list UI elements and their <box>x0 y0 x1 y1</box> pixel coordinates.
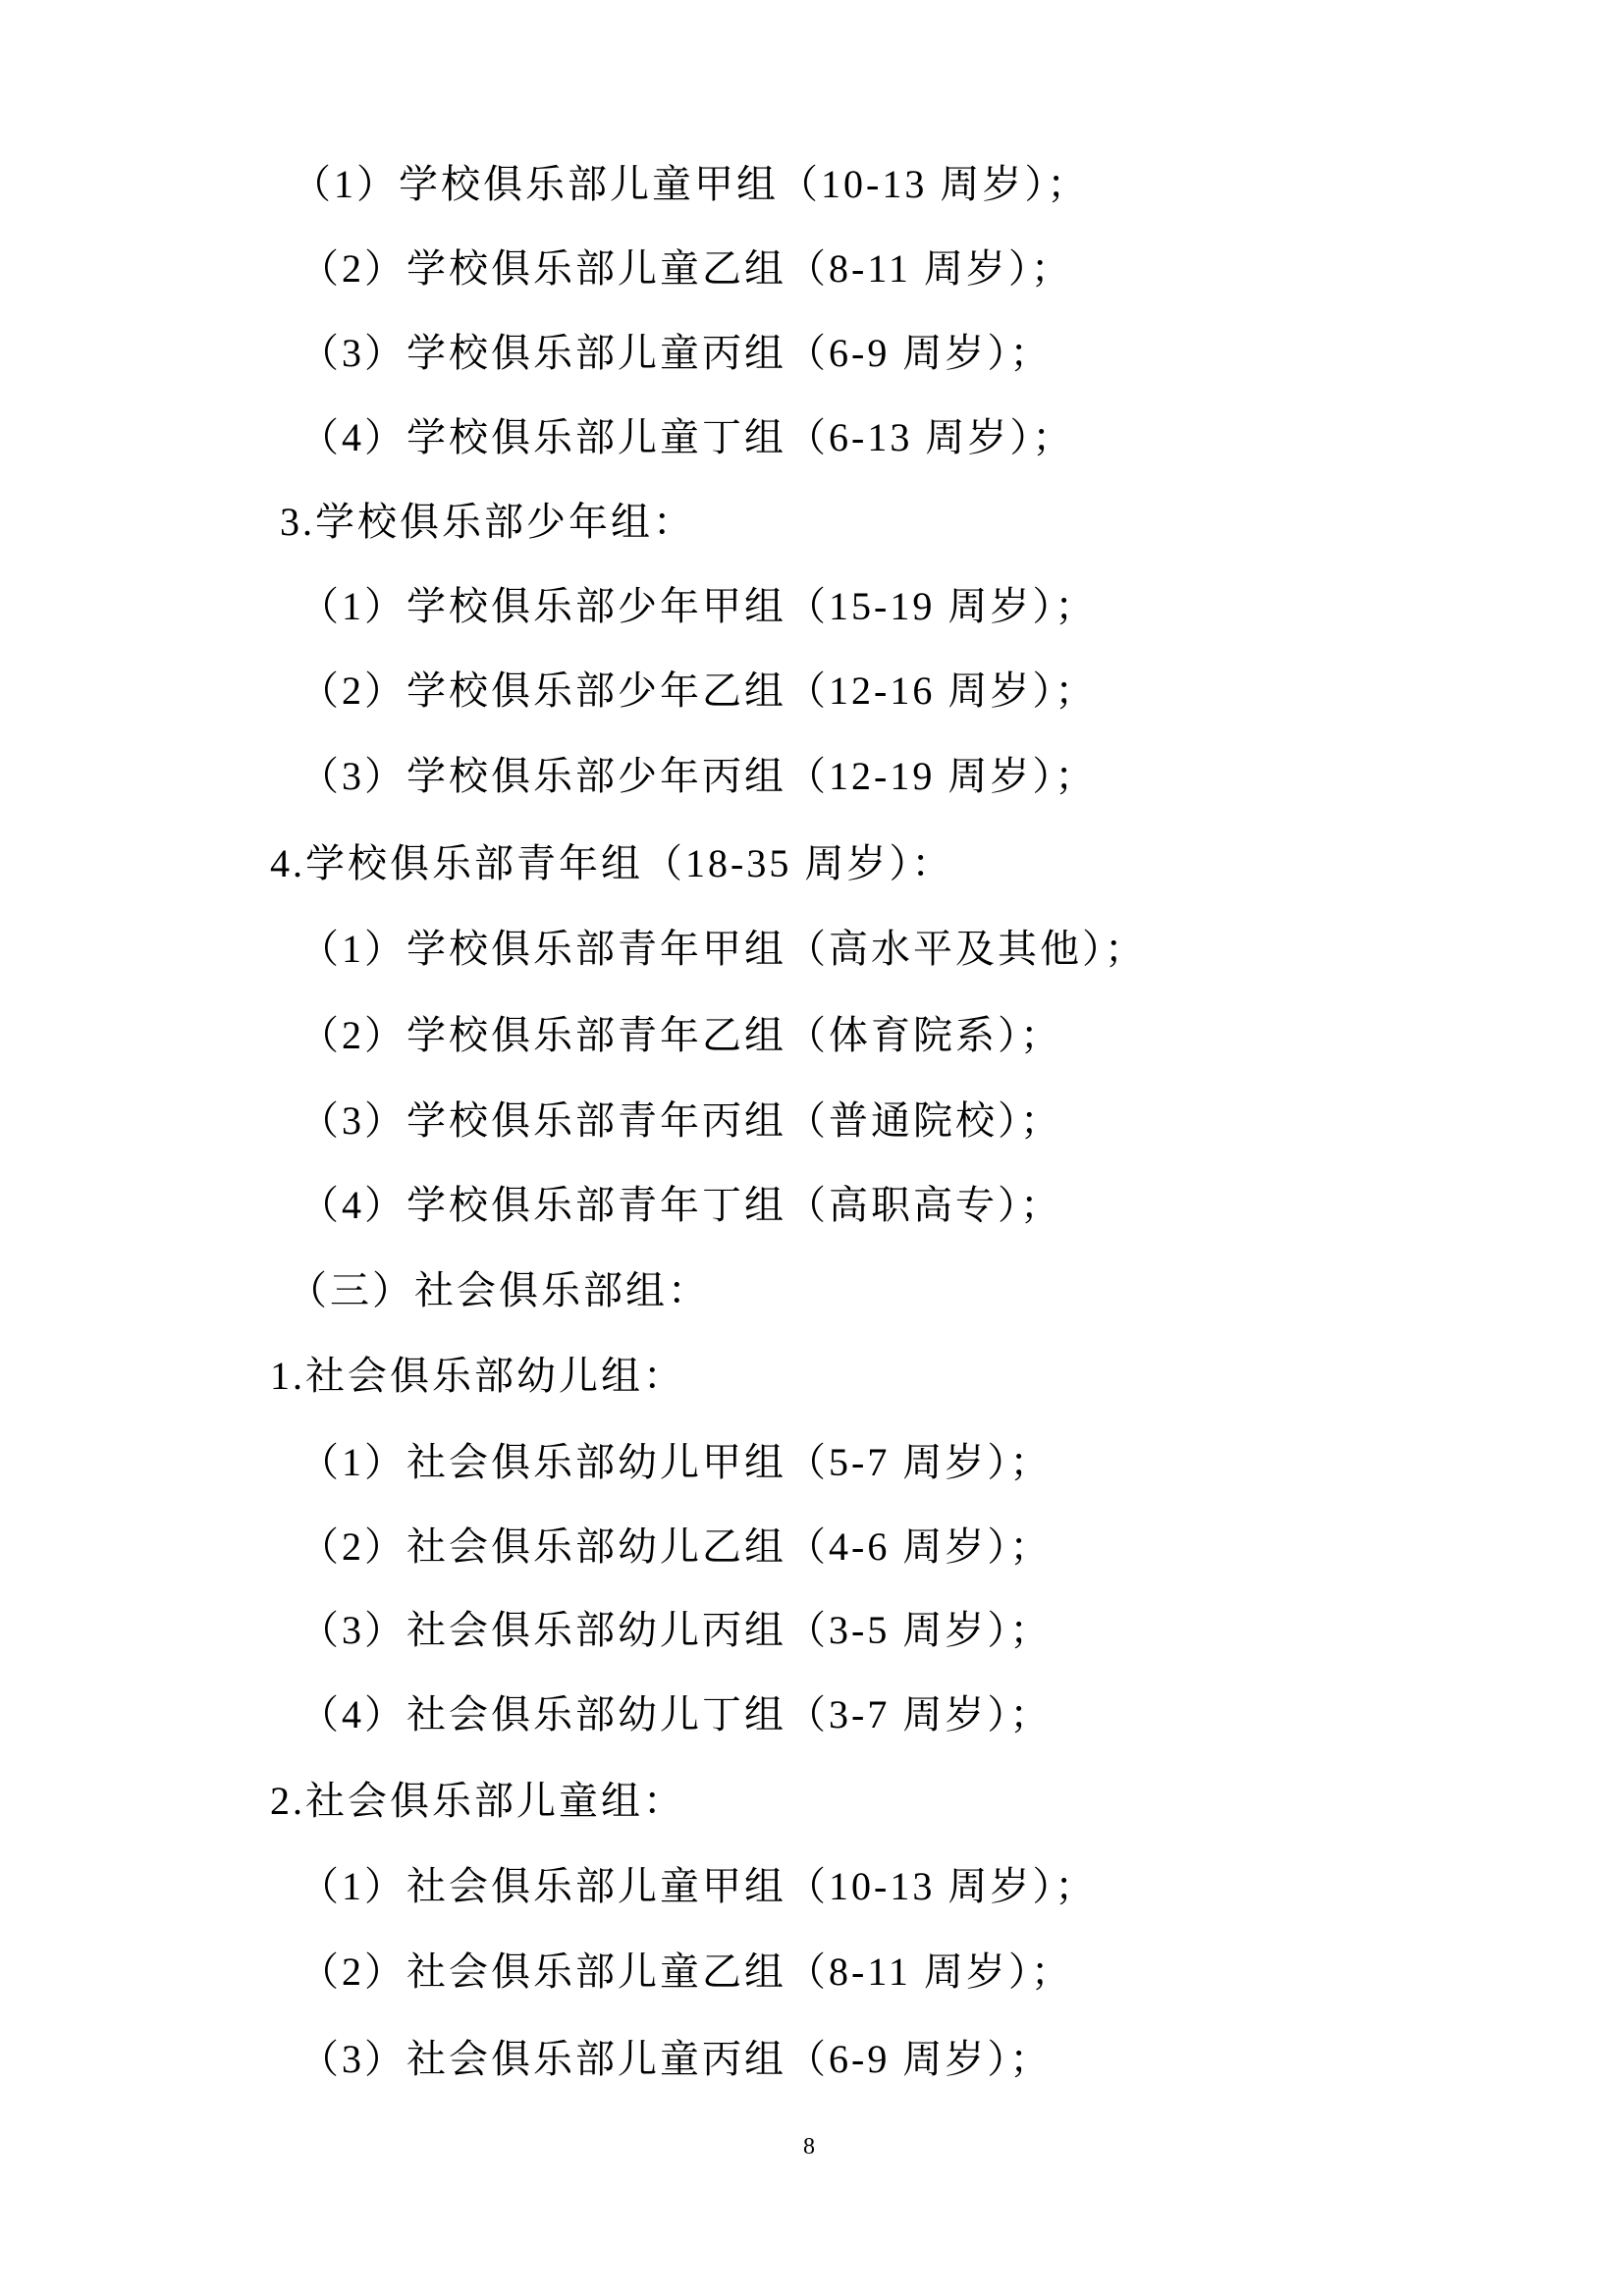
list-item-text: 社会俱乐部幼儿丙组（3-5 周岁）； <box>406 1607 1052 1654</box>
list-marker: 1. <box>270 1353 305 1400</box>
list-marker: （4） <box>299 1691 406 1738</box>
list-item: （2）学校俱乐部少年乙组（12-16 周岁）； <box>299 667 1097 715</box>
list-item-text: 学校俱乐部青年丙组（普通院校）； <box>406 1097 1062 1145</box>
list-item: （3）学校俱乐部青年丙组（普通院校）； <box>299 1097 1062 1145</box>
list-marker: （2） <box>299 1949 406 1996</box>
list-item: （1）社会俱乐部幼儿甲组（5-7 周岁）； <box>299 1439 1052 1486</box>
list-item-text: 学校俱乐部儿童丙组（6-9 周岁）； <box>406 330 1052 377</box>
list-item: （2）学校俱乐部儿童乙组（8-11 周岁）； <box>299 245 1073 293</box>
list-marker: （1） <box>299 1863 406 1910</box>
subsection-heading: 3.学校俱乐部少年组： <box>280 499 695 546</box>
list-item: （1）社会俱乐部儿童甲组（10-13 周岁）； <box>299 1863 1097 1910</box>
list-item: （1）学校俱乐部少年甲组（15-19 周岁）； <box>299 583 1097 630</box>
list-item: （3）学校俱乐部儿童丙组（6-9 周岁）； <box>299 330 1052 377</box>
list-marker: （2） <box>299 1012 406 1059</box>
list-item-text: 社会俱乐部幼儿丁组（3-7 周岁）； <box>406 1691 1052 1738</box>
list-item-text: 社会俱乐部儿童丙组（6-9 周岁）； <box>406 2036 1052 2083</box>
list-item-text: 学校俱乐部儿童丁组（6-13 周岁）； <box>406 414 1074 461</box>
list-item-text: 学校俱乐部青年甲组（高水平及其他）； <box>406 926 1147 973</box>
list-item-text: 社会俱乐部儿童甲组（10-13 周岁）； <box>406 1863 1097 1910</box>
list-item-text: 学校俱乐部儿童乙组（8-11 周岁）； <box>406 245 1073 293</box>
list-item: （4）学校俱乐部儿童丁组（6-13 周岁）； <box>299 414 1074 461</box>
list-item: （2）社会俱乐部儿童乙组（8-11 周岁）； <box>299 1949 1073 1996</box>
list-item-text: 学校俱乐部青年乙组（体育院系）； <box>406 1012 1062 1059</box>
list-item-text: 学校俱乐部少年丙组（12-19 周岁）； <box>406 753 1097 800</box>
page-number: 8 <box>803 2132 815 2162</box>
list-marker: （2） <box>299 1523 406 1571</box>
list-marker: （1） <box>299 583 406 630</box>
list-item-text: 学校俱乐部少年甲组（15-19 周岁）； <box>406 583 1097 630</box>
list-item: （3）社会俱乐部儿童丙组（6-9 周岁）； <box>299 2036 1052 2083</box>
list-item: （3）学校俱乐部少年丙组（12-19 周岁）； <box>299 753 1097 800</box>
list-marker: 3. <box>280 499 315 546</box>
subsection-heading: 2.社会俱乐部儿童组： <box>270 1778 685 1825</box>
list-item-text: 学校俱乐部青年组（18-35 周岁）： <box>305 840 953 887</box>
list-marker: （1） <box>299 926 406 973</box>
list-marker: （3） <box>299 1097 406 1145</box>
list-marker: （1） <box>292 161 399 208</box>
list-item: （4）学校俱乐部青年丁组（高职高专）； <box>299 1182 1062 1229</box>
list-item-text: 社会俱乐部幼儿乙组（4-6 周岁）； <box>406 1523 1052 1571</box>
list-item: （1）学校俱乐部青年甲组（高水平及其他）； <box>299 926 1147 973</box>
list-marker: （2） <box>299 667 406 715</box>
list-marker: （3） <box>299 2036 406 2083</box>
list-marker: （4） <box>299 1182 406 1229</box>
list-marker: 4. <box>270 840 305 887</box>
list-item-text: 学校俱乐部青年丁组（高职高专）； <box>406 1182 1062 1229</box>
list-item-text: 社会俱乐部儿童乙组（8-11 周岁）； <box>406 1949 1073 1996</box>
list-marker: （1） <box>299 1439 406 1486</box>
list-item-text: 社会俱乐部幼儿甲组（5-7 周岁）； <box>406 1439 1052 1486</box>
list-marker: （三） <box>288 1267 414 1314</box>
list-marker: （3） <box>299 753 406 800</box>
list-item-text: 学校俱乐部少年组： <box>315 499 695 546</box>
subsection-heading: 4.学校俱乐部青年组（18-35 周岁）： <box>270 840 953 887</box>
list-item-text: 社会俱乐部儿童组： <box>305 1778 685 1825</box>
list-marker: （3） <box>299 1607 406 1654</box>
list-marker: （3） <box>299 330 406 377</box>
list-marker: （2） <box>299 245 406 293</box>
list-marker: 2. <box>270 1778 305 1825</box>
list-item: （2）学校俱乐部青年乙组（体育院系）； <box>299 1012 1062 1059</box>
document-page: （1）学校俱乐部儿童甲组（10-13 周岁）；（2）学校俱乐部儿童乙组（8-11… <box>0 0 1624 2296</box>
subsection-heading: 1.社会俱乐部幼儿组： <box>270 1353 685 1400</box>
list-item-text: 学校俱乐部儿童甲组（10-13 周岁）； <box>399 161 1089 208</box>
list-item: （4）社会俱乐部幼儿丁组（3-7 周岁）； <box>299 1691 1052 1738</box>
section-heading: （三）社会俱乐部组： <box>288 1267 710 1314</box>
list-item-text: 社会俱乐部组： <box>414 1267 710 1314</box>
list-item: （2）社会俱乐部幼儿乙组（4-6 周岁）； <box>299 1523 1052 1571</box>
list-marker: （4） <box>299 414 406 461</box>
list-item: （1）学校俱乐部儿童甲组（10-13 周岁）； <box>292 161 1089 208</box>
list-item-text: 社会俱乐部幼儿组： <box>305 1353 685 1400</box>
list-item-text: 学校俱乐部少年乙组（12-16 周岁）； <box>406 667 1097 715</box>
list-item: （3）社会俱乐部幼儿丙组（3-5 周岁）； <box>299 1607 1052 1654</box>
